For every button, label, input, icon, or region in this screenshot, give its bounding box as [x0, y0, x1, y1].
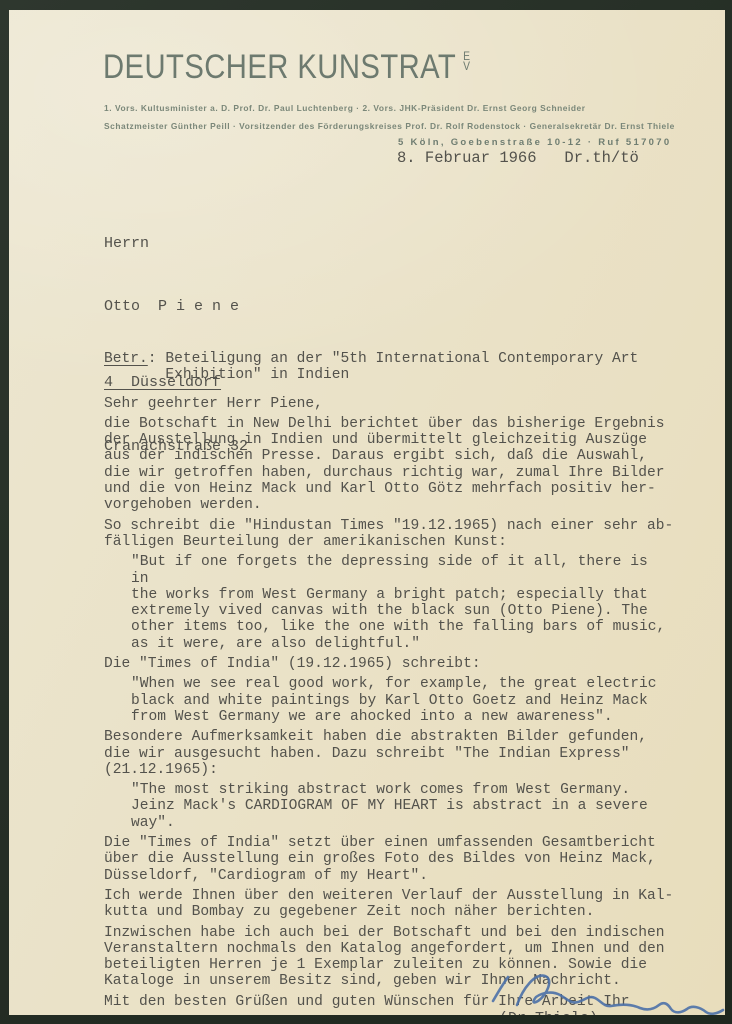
subject-text: Beteiligung an der "5th International Co…	[165, 351, 638, 384]
signature-scrawl	[477, 966, 725, 1015]
subject-colon: :	[148, 351, 166, 384]
officers-line-2: Schatzmeister Günther Peill · Vorsitzend…	[104, 121, 675, 131]
body-paragraph: "But if one forgets the depressing side …	[131, 554, 671, 652]
ev-mark: EV	[463, 51, 470, 71]
body-paragraph: "When we see real good work, for example…	[131, 676, 671, 725]
letter-paper: DEUTSCHER KUNSTRATEV 1. Vors. Kultusmini…	[9, 10, 725, 1015]
salutation: Sehr geehrter Herr Piene,	[104, 396, 686, 412]
body-paragraph: "The most striking abstract work comes f…	[131, 782, 671, 831]
body-paragraph: So schreibt die "Hindustan Times "19.12.…	[104, 518, 686, 551]
body-paragraph: Die "Times of India" setzt über einen um…	[104, 835, 686, 884]
recipient-name: Otto P i e n e	[104, 296, 248, 317]
body-paragraph: Ich werde Ihnen über den weiteren Verlau…	[104, 888, 686, 921]
signer-name: (Dr.Thiele)	[499, 1010, 725, 1015]
recipient-prefix: Herrn	[104, 233, 248, 254]
subject-label: Betr.	[104, 351, 148, 384]
body-paragraph: Besondere Aufmerksamkeit haben die abstr…	[104, 729, 686, 778]
date-line: 8. Februar 1966 Dr.th/tö	[397, 149, 639, 167]
signature-block: (Dr.Thiele)	[477, 966, 725, 1015]
address-phone-line: 5 Köln, Goebenstraße 10-12 · Ruf 517070	[398, 137, 671, 148]
subject-block: Betr.: Beteiligung an der "5th Internati…	[104, 351, 686, 384]
org-name: DEUTSCHER KUNSTRAT	[103, 48, 456, 86]
body-paragraph: die Botschaft in New Delhi berichtet übe…	[104, 416, 686, 514]
body-paragraph: Die "Times of India" (19.12.1965) schrei…	[104, 656, 686, 672]
letter-body: Betr.: Beteiligung an der "5th Internati…	[104, 351, 686, 1010]
body-paragraphs: die Botschaft in New Delhi berichtet übe…	[104, 416, 686, 990]
officers-line-1: 1. Vors. Kultusminister a. D. Prof. Dr. …	[104, 103, 586, 113]
org-title: DEUTSCHER KUNSTRATEV	[103, 48, 470, 87]
